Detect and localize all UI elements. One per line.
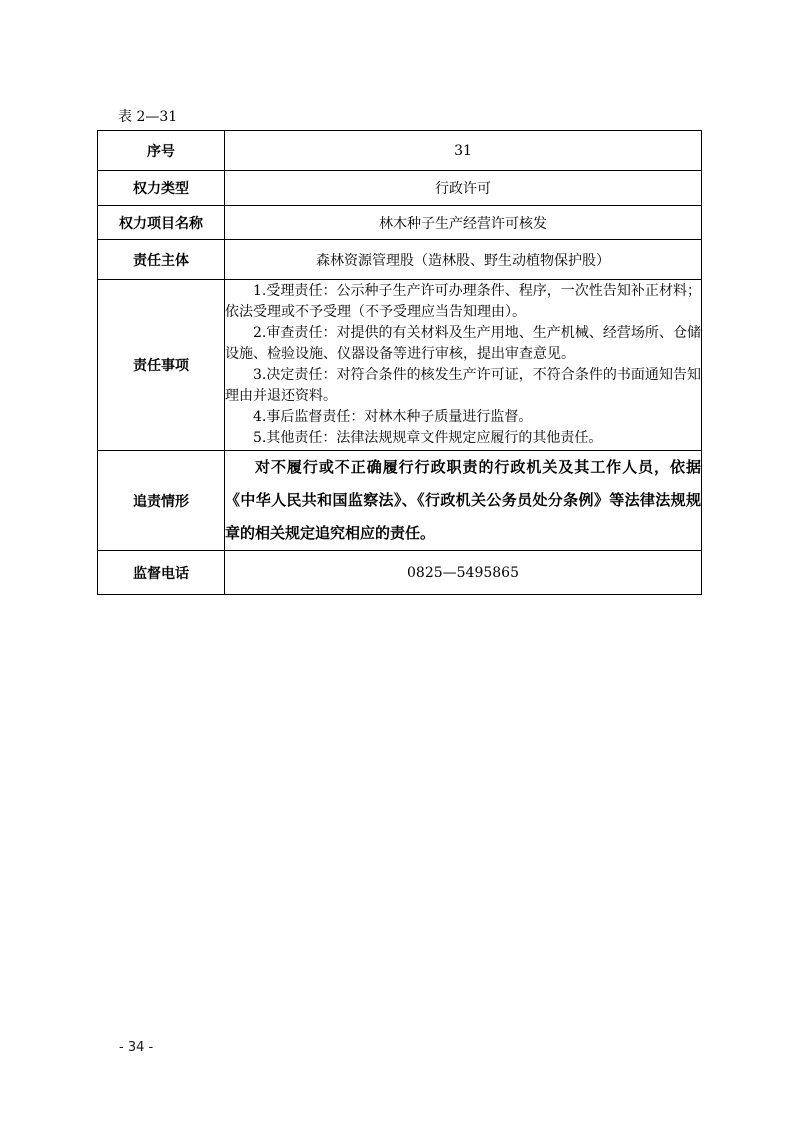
duty-item-5: 5.其他责任：法律法规规章文件规定应履行的其他责任。 bbox=[225, 428, 701, 449]
table-row-duty-items: 责任事项 1.受理责任：公示种子生产许可办理条件、程序，一次性告知补正材料；依法… bbox=[98, 280, 702, 451]
duty-item-2: 2.审查责任：对提供的有关材料及生产用地、生产机械、经营场所、仓储设施、检验设施… bbox=[225, 323, 701, 365]
row-value-serial: 31 bbox=[225, 131, 702, 171]
row-label-duty-items: 责任事项 bbox=[98, 280, 225, 451]
table-caption: 表 2—31 bbox=[118, 106, 177, 126]
table-row-supervision-phone: 监督电话 0825—5495865 bbox=[98, 551, 702, 595]
row-label-accountability: 追责情形 bbox=[98, 451, 225, 551]
row-label-supervision-phone: 监督电话 bbox=[98, 551, 225, 595]
row-value-project-name: 林木种子生产经营许可核发 bbox=[225, 206, 702, 240]
duty-item-3: 3.决定责任：对符合条件的核发生产许可证，不符合条件的书面通知告知理由并退还资料… bbox=[225, 365, 701, 407]
accountability-text: 对不履行或不正确履行行政职责的行政机关及其工作人员，依据《中华人民共和国监察法》… bbox=[225, 451, 701, 550]
table-row-accountability: 追责情形 对不履行或不正确履行行政职责的行政机关及其工作人员，依据《中华人民共和… bbox=[98, 451, 702, 551]
row-value-accountability: 对不履行或不正确履行行政职责的行政机关及其工作人员，依据《中华人民共和国监察法》… bbox=[225, 451, 702, 551]
table-row-responsible-body: 责任主体 森林资源管理股（造林股、野生动植物保护股） bbox=[98, 240, 702, 280]
row-label-power-type: 权力类型 bbox=[98, 171, 225, 206]
power-responsibility-table: 序号 31 权力类型 行政许可 权力项目名称 林木种子生产经营许可核发 责任主体… bbox=[97, 130, 702, 595]
row-label-project-name: 权力项目名称 bbox=[98, 206, 225, 240]
row-label-responsible-body: 责任主体 bbox=[98, 240, 225, 280]
table-row-serial: 序号 31 bbox=[98, 131, 702, 171]
row-value-duty-items: 1.受理责任：公示种子生产许可办理条件、程序，一次性告知补正材料；依法受理或不予… bbox=[225, 280, 702, 451]
row-label-serial: 序号 bbox=[98, 131, 225, 171]
page-number: - 34 - bbox=[119, 1040, 153, 1055]
row-value-power-type: 行政许可 bbox=[225, 171, 702, 206]
table-row-power-type: 权力类型 行政许可 bbox=[98, 171, 702, 206]
table-row-project-name: 权力项目名称 林木种子生产经营许可核发 bbox=[98, 206, 702, 240]
row-value-supervision-phone: 0825—5495865 bbox=[225, 551, 702, 595]
duty-item-4: 4.事后监督责任：对林木种子质量进行监督。 bbox=[225, 407, 701, 428]
document-page: 表 2—31 序号 31 权力类型 行政许可 权力项目名称 林木种子生产经营许可… bbox=[0, 0, 793, 1122]
duty-item-1: 1.受理责任：公示种子生产许可办理条件、程序，一次性告知补正材料；依法受理或不予… bbox=[225, 281, 701, 323]
row-value-responsible-body: 森林资源管理股（造林股、野生动植物保护股） bbox=[225, 240, 702, 280]
